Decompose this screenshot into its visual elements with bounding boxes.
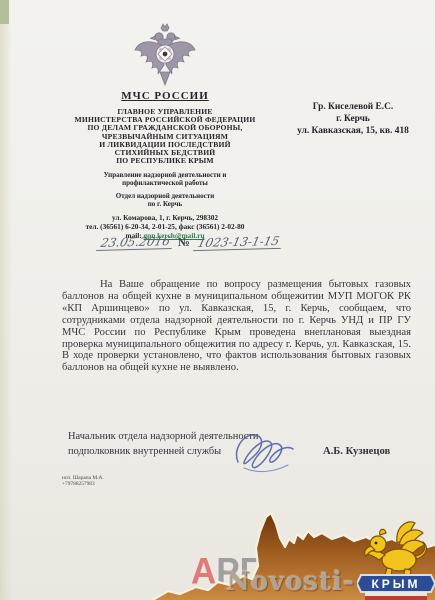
krym-griffin-logo: КРЫМ	[357, 517, 435, 600]
executor-note: исп. Шарапа М.А. +79788257983	[62, 475, 104, 488]
signature-autograph	[230, 428, 302, 476]
executor-phone: +79788257983	[62, 481, 104, 487]
krym-logo-label: КРЫМ	[371, 577, 420, 591]
reference-line: 23.05.2016 № 1023-13-1-15	[98, 235, 282, 250]
recipient-address: ул. Кавказская, 15, кв. 418	[274, 125, 432, 137]
handwritten-number: 1023-13-1-15	[193, 234, 284, 251]
handwritten-date: 23.05.2016	[96, 234, 175, 251]
letterhead: МЧС РОССИИ ГЛАВНОЕ УПРАВЛЕНИЕ МИНИСТЕРСТ…	[35, 22, 295, 240]
department-line: по г. Керчь	[35, 200, 295, 208]
signer-name: А.Б. Кузнецов	[323, 446, 390, 457]
org-name-full: ГЛАВНОЕ УПРАВЛЕНИЕ МИНИСТЕРСТВА РОССИЙСК…	[35, 108, 295, 165]
mchs-eagle-emblem-icon	[130, 22, 200, 88]
org-line: ПО РЕСПУБЛИКЕ КРЫМ	[35, 157, 295, 165]
department-name: Отдел надзорной деятельности по г. Керчь	[35, 192, 295, 208]
org-name-top: МЧС РОССИИ	[35, 90, 295, 102]
scan-corner-artifact	[0, 0, 9, 24]
recipient-name: Гр. Киселевой Е.С.	[274, 101, 432, 113]
letter-body-paragraph: На Ваше обращение по вопросу размещения …	[62, 279, 411, 374]
postal-address: ул. Комарова, 1, г. Керчь, 298302	[35, 213, 295, 222]
recipient-city: г. Керчь	[274, 113, 432, 125]
recipient-block: Гр. Киселевой Е.С. г. Керчь ул. Кавказск…	[274, 101, 432, 138]
department-line: Отдел надзорной деятельности	[35, 192, 295, 200]
phone-fax-line: тел. (36561) 6-20-34, 2-01-25, факс (365…	[35, 222, 295, 231]
novosti-watermark: Novosti-	[226, 567, 355, 597]
number-sign: №	[178, 235, 190, 249]
scanned-letter-page: МЧС РОССИИ ГЛАВНОЕ УПРАВЛЕНИЕ МИНИСТЕРСТ…	[0, 0, 435, 600]
division-name: Управление надзорной деятельности и проф…	[80, 171, 250, 187]
signer-position-line2: подполковник внутренней службы	[68, 446, 221, 457]
